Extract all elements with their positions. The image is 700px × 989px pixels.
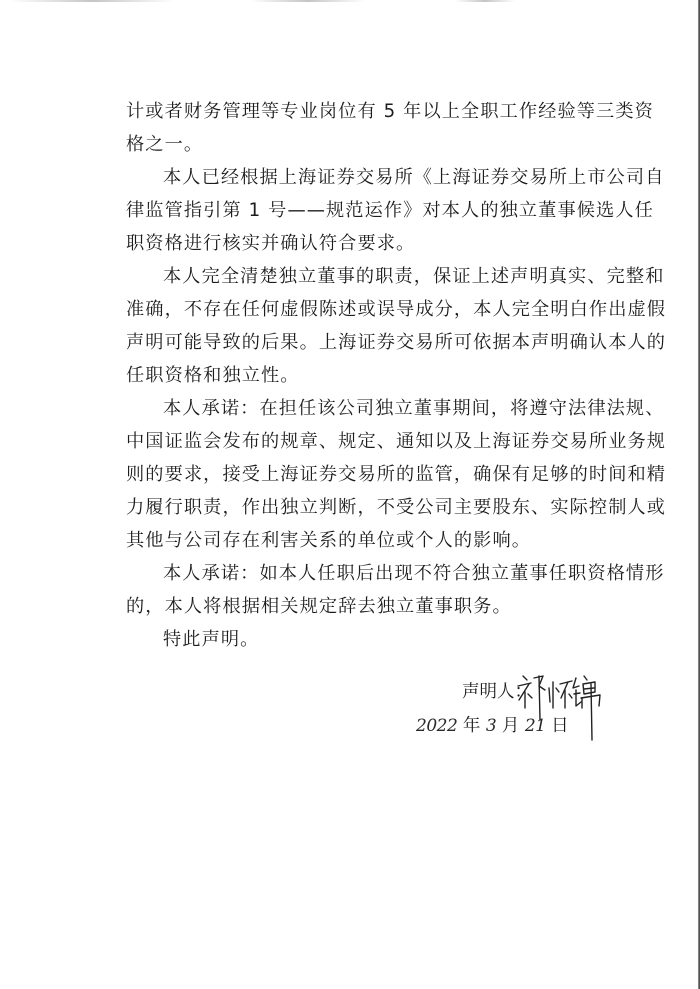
paragraph-start-line: 本人完全清楚独立董事的职责，保证上述声明真实、完整和: [126, 260, 554, 293]
body-line: 的，本人将根据相关规定辞去独立董事职务。: [126, 590, 554, 623]
date-month: 3: [486, 716, 496, 736]
body-line: 职资格进行核实并确认符合要求。: [126, 227, 554, 260]
date-year: 2022: [416, 716, 457, 736]
date-day-unit: 日: [551, 716, 569, 736]
scan-artifact-top-left: [10, 0, 175, 2]
body-line: 准确，不存在任何虚假陈述或误导成分，本人完全明白作出虚假: [126, 293, 554, 326]
body-line: 力履行职责，作出独立判断，不受公司主要股东、实际控制人或: [126, 491, 554, 524]
paragraph-start-line: 本人承诺：在担任该公司独立董事期间，将遵守法律法规、: [126, 392, 554, 425]
body-line: 中国证监会发布的规章、规定、通知以及上海证券交易所业务规: [126, 425, 554, 458]
signature-date: 2022 年 3 月 21 日: [416, 714, 569, 738]
document-page: 计或者财务管理等专业岗位有 5 年以上全职工作经验等三类资 格之一。 本人已经根…: [0, 0, 700, 989]
paragraph-start-line: 本人已经根据上海证券交易所《上海证券交易所上市公司自: [126, 161, 554, 194]
body-line: 律监管指引第 1 号——规范运作》对本人的独立董事候选人任: [126, 194, 554, 227]
signature-block: 声明人：: [400, 660, 640, 750]
declaration-body: 计或者财务管理等专业岗位有 5 年以上全职工作经验等三类资 格之一。 本人已经根…: [126, 95, 554, 656]
date-month-unit: 月: [502, 716, 520, 736]
body-line: 计或者财务管理等专业岗位有 5 年以上全职工作经验等三类资: [126, 95, 554, 128]
body-line: 其他与公司存在利害关系的单位或个人的影响。: [126, 524, 554, 557]
date-day: 21: [525, 716, 546, 736]
body-line: 任职资格和独立性。: [126, 359, 554, 392]
scan-artifact-top-right: [455, 0, 515, 2]
date-year-unit: 年: [463, 716, 481, 736]
body-line: 则的要求，接受上海证券交易所的监管，确保有足够的时间和精: [126, 458, 554, 491]
paragraph-start-line: 本人承诺：如本人任职后出现不符合独立董事任职资格情形: [126, 557, 554, 590]
closing-statement: 特此声明。: [126, 623, 554, 656]
scan-artifact-top-middle: [250, 0, 365, 2]
body-line: 格之一。: [126, 128, 554, 161]
body-line: 声明可能导致的后果。上海证券交易所可依据本声明确认本人的: [126, 326, 554, 359]
